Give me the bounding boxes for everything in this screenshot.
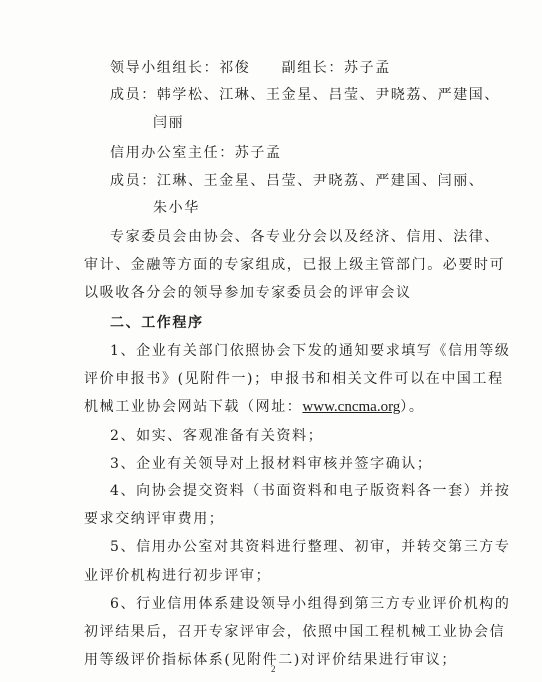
step-1-line-1: 1、企业有关部门依照协会下发的通知要求填写《信用等级 <box>110 342 511 360</box>
step-1-line-3-prefix: 机械工业协会网站下载（网址： <box>84 399 302 415</box>
step-1-line-3: 机械工业协会网站下载（网址：www.cncma.org）。 <box>84 398 425 416</box>
credit-office-director-line: 信用办公室主任：苏子孟 <box>110 144 282 162</box>
leadership-members-continuation: 闫丽 <box>153 114 184 132</box>
step-5-line-2: 业评价机构进行初步评审； <box>84 567 271 585</box>
page-number: 2 <box>271 664 276 674</box>
step-4-line-1: 4、向协会提交资料（书面资料和电子版资料各一套）并按 <box>110 482 511 500</box>
expert-committee-paragraph-line-3: 以吸收各分会的领导参加专家委员会的评审会议 <box>84 284 412 302</box>
credit-office-members-continuation: 朱小华 <box>153 199 200 217</box>
step-5-line-1: 5、信用办公室对其资料进行整理、初审，并转交第三方专 <box>110 538 511 556</box>
step-3-line-1: 3、企业有关领导对上报材料审核并签字确认； <box>110 455 433 473</box>
credit-office-members-line: 成员：江琳、王金星、吕莹、尹晓荔、严建国、闫丽、 <box>110 172 484 190</box>
leader-line: 领导小组组长：祁俊 副组长：苏子孟 <box>110 59 391 77</box>
leadership-members-line: 成员：韩学松、江琳、王金星、吕莹、尹晓荔、严建国、 <box>110 86 500 104</box>
step-4-line-2: 要求交纳评审费用； <box>84 510 224 528</box>
step-2-line-1: 2、如实、客观准备有关资料； <box>110 427 323 445</box>
step-6-line-2: 初评结果后，召开专家评审会，依照中国工程机械工业协会信 <box>84 623 505 641</box>
step-6-line-1: 6、行业信用体系建设领导小组得到第三方专业评价机构的 <box>110 595 511 613</box>
website-link[interactable]: www.cncma.org <box>302 399 400 415</box>
expert-committee-paragraph-line-1: 专家委员会由协会、各专业分会以及经济、信用、法律、 <box>110 228 500 246</box>
step-1-line-3-suffix: ）。 <box>400 399 424 415</box>
step-1-line-2: 评价申报书》(见附件一)；申报书和相关文件可以在中国工程 <box>84 370 504 388</box>
expert-committee-paragraph-line-2: 审计、金融等方面的专家组成，已报上级主管部门。必要时可 <box>84 256 505 274</box>
section-heading-work-procedure: 二、工作程序 <box>110 314 204 332</box>
